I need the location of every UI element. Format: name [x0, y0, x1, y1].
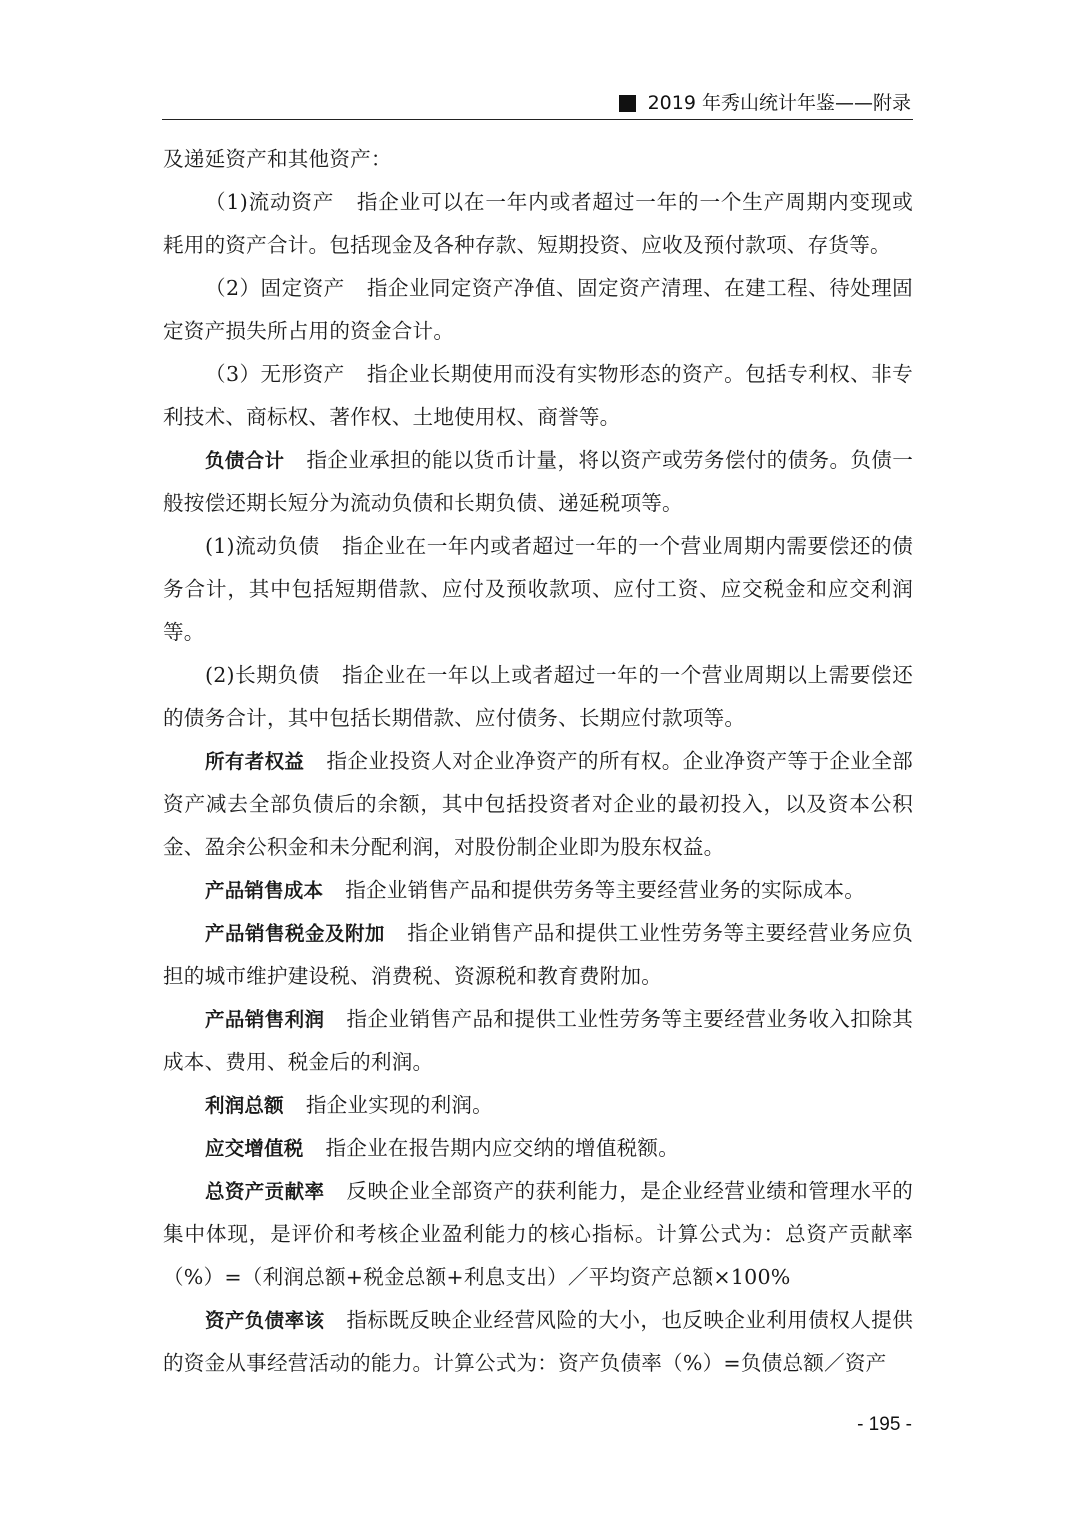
header-title: 2019 年秀山统计年鉴——附录 — [648, 92, 911, 114]
item-label: （1)流动资产 — [205, 190, 334, 214]
page-body: 及递延资产和其他资产： （1)流动资产指企业可以在一年内或者超过一年的一个生产周… — [163, 138, 913, 1385]
term-heading: 所有者权益 — [205, 750, 304, 773]
paragraph-continuation: 及递延资产和其他资产： — [163, 138, 913, 181]
paragraph-owners-equity: 所有者权益指企业投资人对企业净资产的所有权。企业净资产等于企业全部资产减去全部负… — [163, 740, 913, 869]
item-label: (1)流动负债 — [205, 534, 320, 558]
page-number: - 195 - — [857, 1414, 912, 1436]
running-header: 2019 年秀山统计年鉴——附录 — [162, 92, 913, 120]
term-heading: 产品销售利润 — [205, 1008, 324, 1031]
paragraph-total-profit: 利润总额指企业实现的利润。 — [163, 1084, 913, 1127]
term-heading: 负债合计 — [205, 449, 284, 472]
paragraph-long-term-liabilities: (2)长期负债指企业在一年以上或者超过一年的一个营业周期以上需要偿还的债务合计，… — [163, 654, 913, 740]
paragraph-text: 指企业销售产品和提供劳务等主要经营业务的实际成本。 — [345, 878, 865, 902]
item-label: (2)长期负债 — [205, 663, 320, 687]
paragraph-text: 及递延资产和其他资产： — [163, 147, 392, 171]
paragraph-sales-tax: 产品销售税金及附加指企业销售产品和提供工业性劳务等主要经营业务应负担的城市维护建… — [163, 912, 913, 998]
term-heading: 产品销售税金及附加 — [205, 922, 385, 945]
paragraph-current-liabilities: (1)流动负债指企业在一年内或者超过一年的一个营业周期内需要偿还的债务合计，其中… — [163, 525, 913, 654]
paragraph-text: 指企业在报告期内应交纳的增值税额。 — [326, 1136, 680, 1160]
paragraph-cost-of-sales: 产品销售成本指企业销售产品和提供劳务等主要经营业务的实际成本。 — [163, 869, 913, 912]
term-heading: 资产负债率该 — [205, 1309, 324, 1332]
paragraph-fixed-assets: （2）固定资产指企业同定资产净值、固定资产清理、在建工程、待处理固定资产损失所占… — [163, 267, 913, 353]
paragraph-current-assets: （1)流动资产指企业可以在一年内或者超过一年的一个生产周期内变现或耗用的资产合计… — [163, 181, 913, 267]
paragraph-text: 指企业实现的利润。 — [306, 1093, 493, 1117]
term-heading: 产品销售成本 — [205, 879, 323, 902]
term-heading: 总资产贡献率 — [205, 1180, 324, 1203]
term-heading: 应交增值税 — [205, 1137, 304, 1160]
paragraph-vat-payable: 应交增值税指企业在报告期内应交纳的增值税额。 — [163, 1127, 913, 1170]
paragraph-intangible-assets: （3）无形资产指企业长期使用而没有实物形态的资产。包括专利权、非专利技术、商标权… — [163, 353, 913, 439]
paragraph-debt-to-asset-ratio: 资产负债率该指标既反映企业经营风险的大小，也反映企业利用债权人提供的资金从事经营… — [163, 1299, 913, 1385]
paragraph-sales-profit: 产品销售利润指企业销售产品和提供工业性劳务等主要经营业务收入扣除其成本、费用、税… — [163, 998, 913, 1084]
item-label: （2）固定资产 — [205, 276, 345, 300]
paragraph-total-asset-contribution: 总资产贡献率反映企业全部资产的获利能力，是企业经营业绩和管理水平的集中体现，是评… — [163, 1170, 913, 1299]
header-title-group: 2019 年秀山统计年鉴——附录 — [619, 92, 911, 114]
item-label: （3）无形资产 — [205, 362, 345, 386]
term-heading: 利润总额 — [205, 1094, 284, 1117]
paragraph-total-liabilities: 负债合计指企业承担的能以货币计量，将以资产或劳务偿付的债务。负债一般按偿还期长短… — [163, 439, 913, 525]
black-square-icon — [619, 95, 636, 112]
